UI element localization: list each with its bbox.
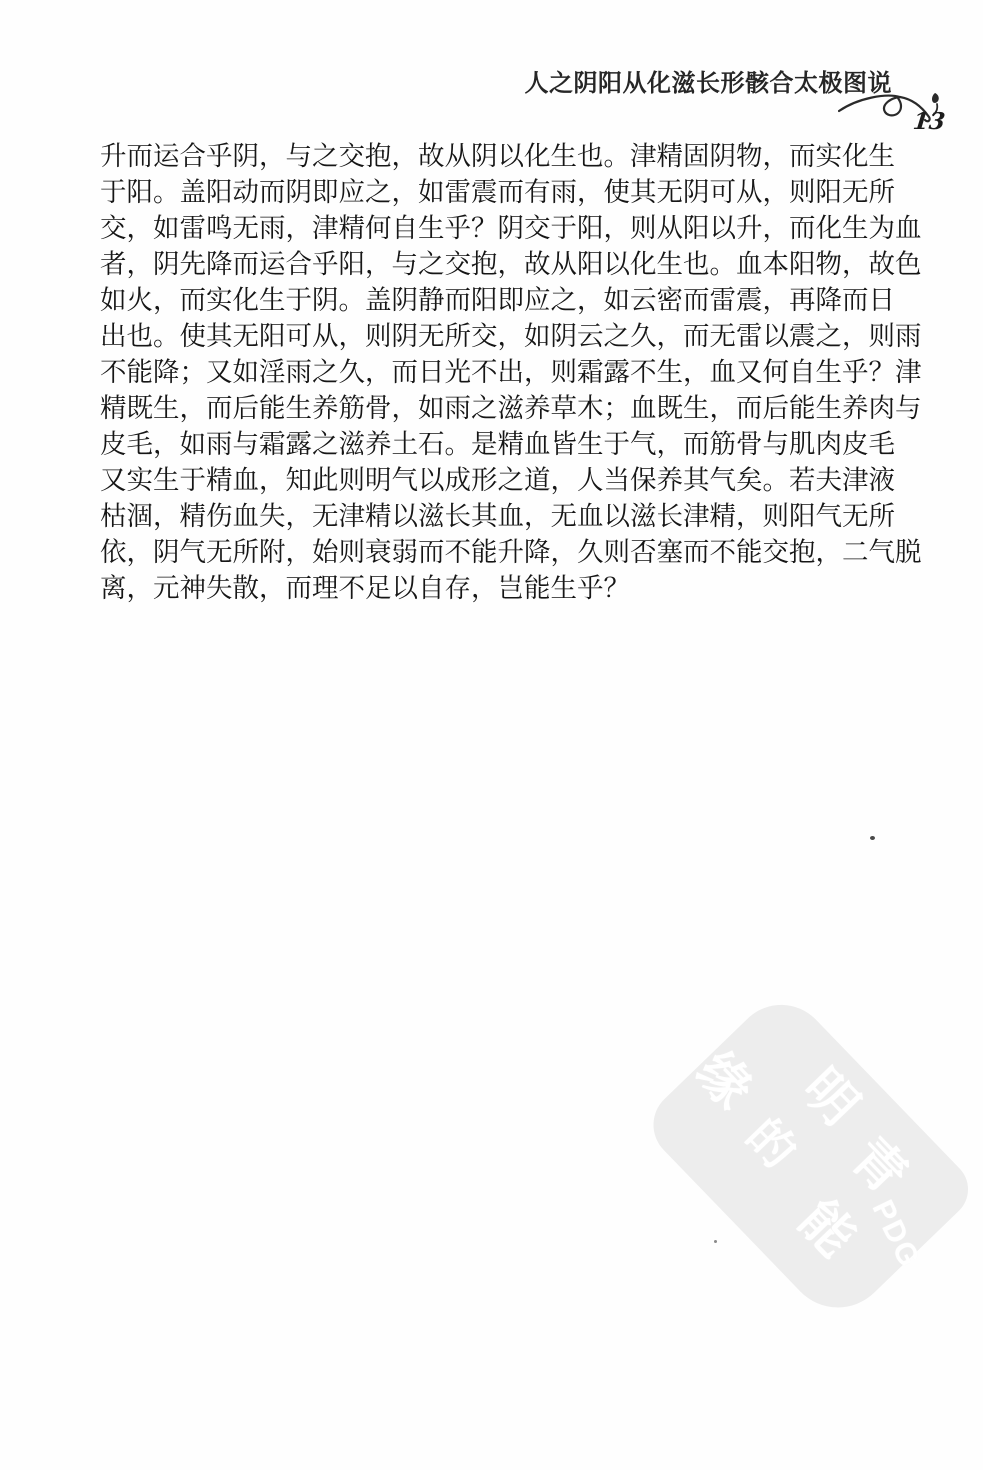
chapter-running-head: 人之阴阳从化滋长形骸合太极图说 <box>524 70 892 98</box>
body-line: 者，阴先降而运合乎阳，与之交抱，故从阳以化生也。血本阳物，故色 <box>100 247 892 283</box>
body-line: 于阳。盖阳动而阴即应之，如雷震而有雨，使其无阴可从，则阳无所 <box>100 175 892 211</box>
body-line: 皮毛，如雨与霜露之滋养土石。是精血皆生于气，而筋骨与肌肉皮毛 <box>100 427 892 463</box>
body-line: 交，如雷鸣无雨，津精何自生乎？阴交于阳，则从阳以升，而化生为血 <box>100 211 892 247</box>
body-line: 又实生于精血，知此则明气以成形之道，人当保养其气矣。若夫津液 <box>100 463 892 499</box>
pdg-watermark-label: PDG <box>865 1195 927 1274</box>
body-line: 不能降；又如淫雨之久，而日光不出，则霜露不生，血又何自生乎？津 <box>100 355 892 391</box>
seal-glyph: 青 <box>842 1130 916 1204</box>
body-line: 如火，而实化生于阴。盖阴静而阳即应之，如云密而雷震，再降而日 <box>100 283 892 319</box>
body-text-block: 升而运合乎阴，与之交抱，故从阴以化生也。津精固阴物，而实化生 于阳。盖阳动而阴即… <box>100 139 892 607</box>
body-line: 离，元神失散，而理不足以自存，岂能生乎？ <box>100 571 892 607</box>
body-line: 出也。使其无阳可从，则阴无所交，如阴云之久，而无雷以震之，则雨 <box>100 319 892 355</box>
seal-glyph: 能 <box>790 1192 864 1266</box>
scan-speck <box>714 1240 717 1243</box>
scanned-book-page: 人之阴阳从化滋长形骸合太极图说 13 升而运合乎阴，与之交抱，故从阴以化生也。津… <box>0 0 983 1470</box>
seal-glyph: 缘 <box>687 1044 761 1118</box>
body-line: 依，阴气无所附，始则衰弱而不能升降，久则否塞而不能交抱，二气脱 <box>100 535 892 571</box>
seal-glyph: 明 <box>793 1061 867 1135</box>
body-line: 精既生，而后能生养筋骨，如雨之滋养草木；血既生，而后能生养肉与 <box>100 391 892 427</box>
seal-glyph: 的 <box>739 1111 804 1176</box>
body-line: 枯涸，精伤血失，无津精以滋长其血，无血以滋长津精，则阳气无所 <box>100 499 892 535</box>
body-line: 升而运合乎阴，与之交抱，故从阴以化生也。津精固阴物，而实化生 <box>100 139 892 175</box>
scan-speck <box>870 836 875 840</box>
pdg-watermark-stamp: 缘 明 的 青 能 PDG <box>639 985 981 1329</box>
page-number: 13 <box>912 108 947 135</box>
